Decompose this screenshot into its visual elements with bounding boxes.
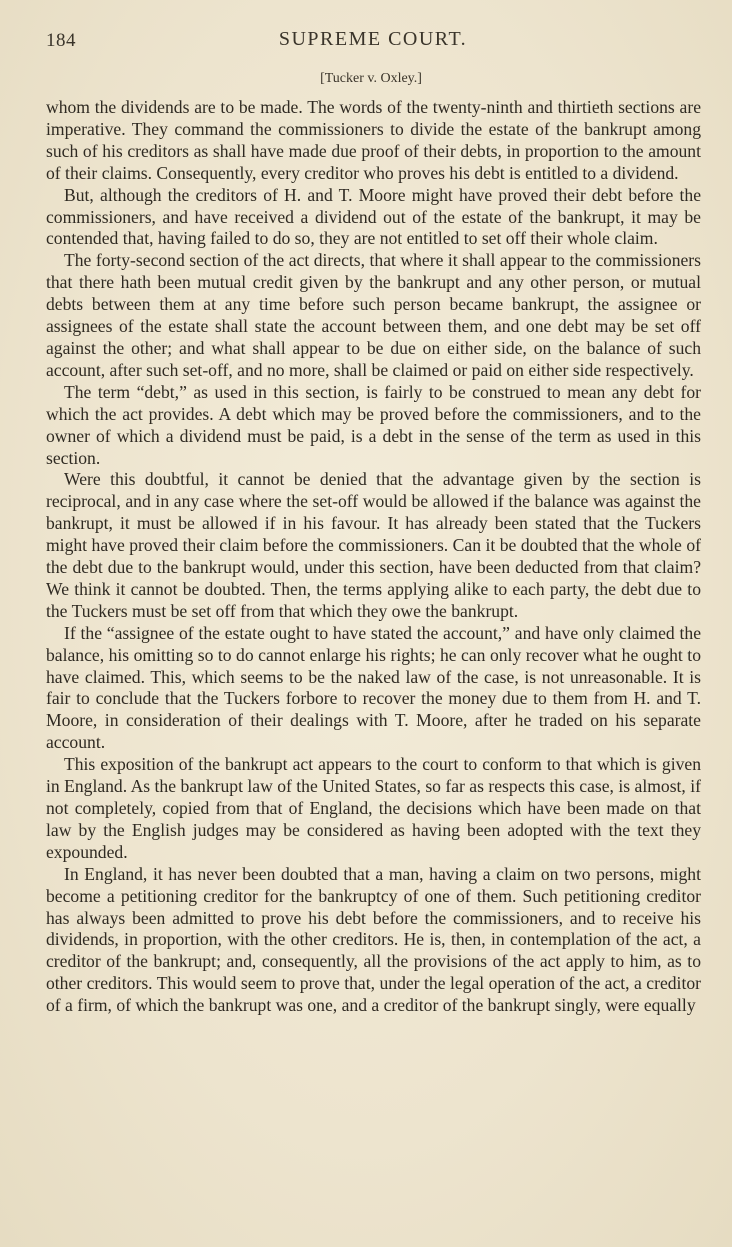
scanned-page: 184 SUPREME COURT. [Tucker v. Oxley.] wh… bbox=[0, 0, 732, 1247]
paragraph: If the “assignee of the estate ought to … bbox=[46, 623, 701, 754]
paragraph: The forty-second section of the act dire… bbox=[46, 250, 701, 381]
paragraph: Were this doubtful, it cannot be denied … bbox=[46, 469, 701, 622]
paragraph: In England, it has never been doubted th… bbox=[46, 864, 701, 1017]
paragraph: This exposition of the bankrupt act appe… bbox=[46, 754, 701, 864]
court-title: SUPREME COURT. bbox=[46, 28, 700, 51]
running-head: 184 SUPREME COURT. bbox=[46, 30, 700, 60]
body-text: whom the dividends are to be made. The w… bbox=[46, 97, 701, 1017]
paragraph: The term “debt,” as used in this section… bbox=[46, 382, 701, 470]
paragraph: But, although the creditors of H. and T.… bbox=[46, 185, 701, 251]
case-caption: [Tucker v. Oxley.] bbox=[0, 71, 732, 87]
paragraph: whom the dividends are to be made. The w… bbox=[46, 97, 701, 185]
